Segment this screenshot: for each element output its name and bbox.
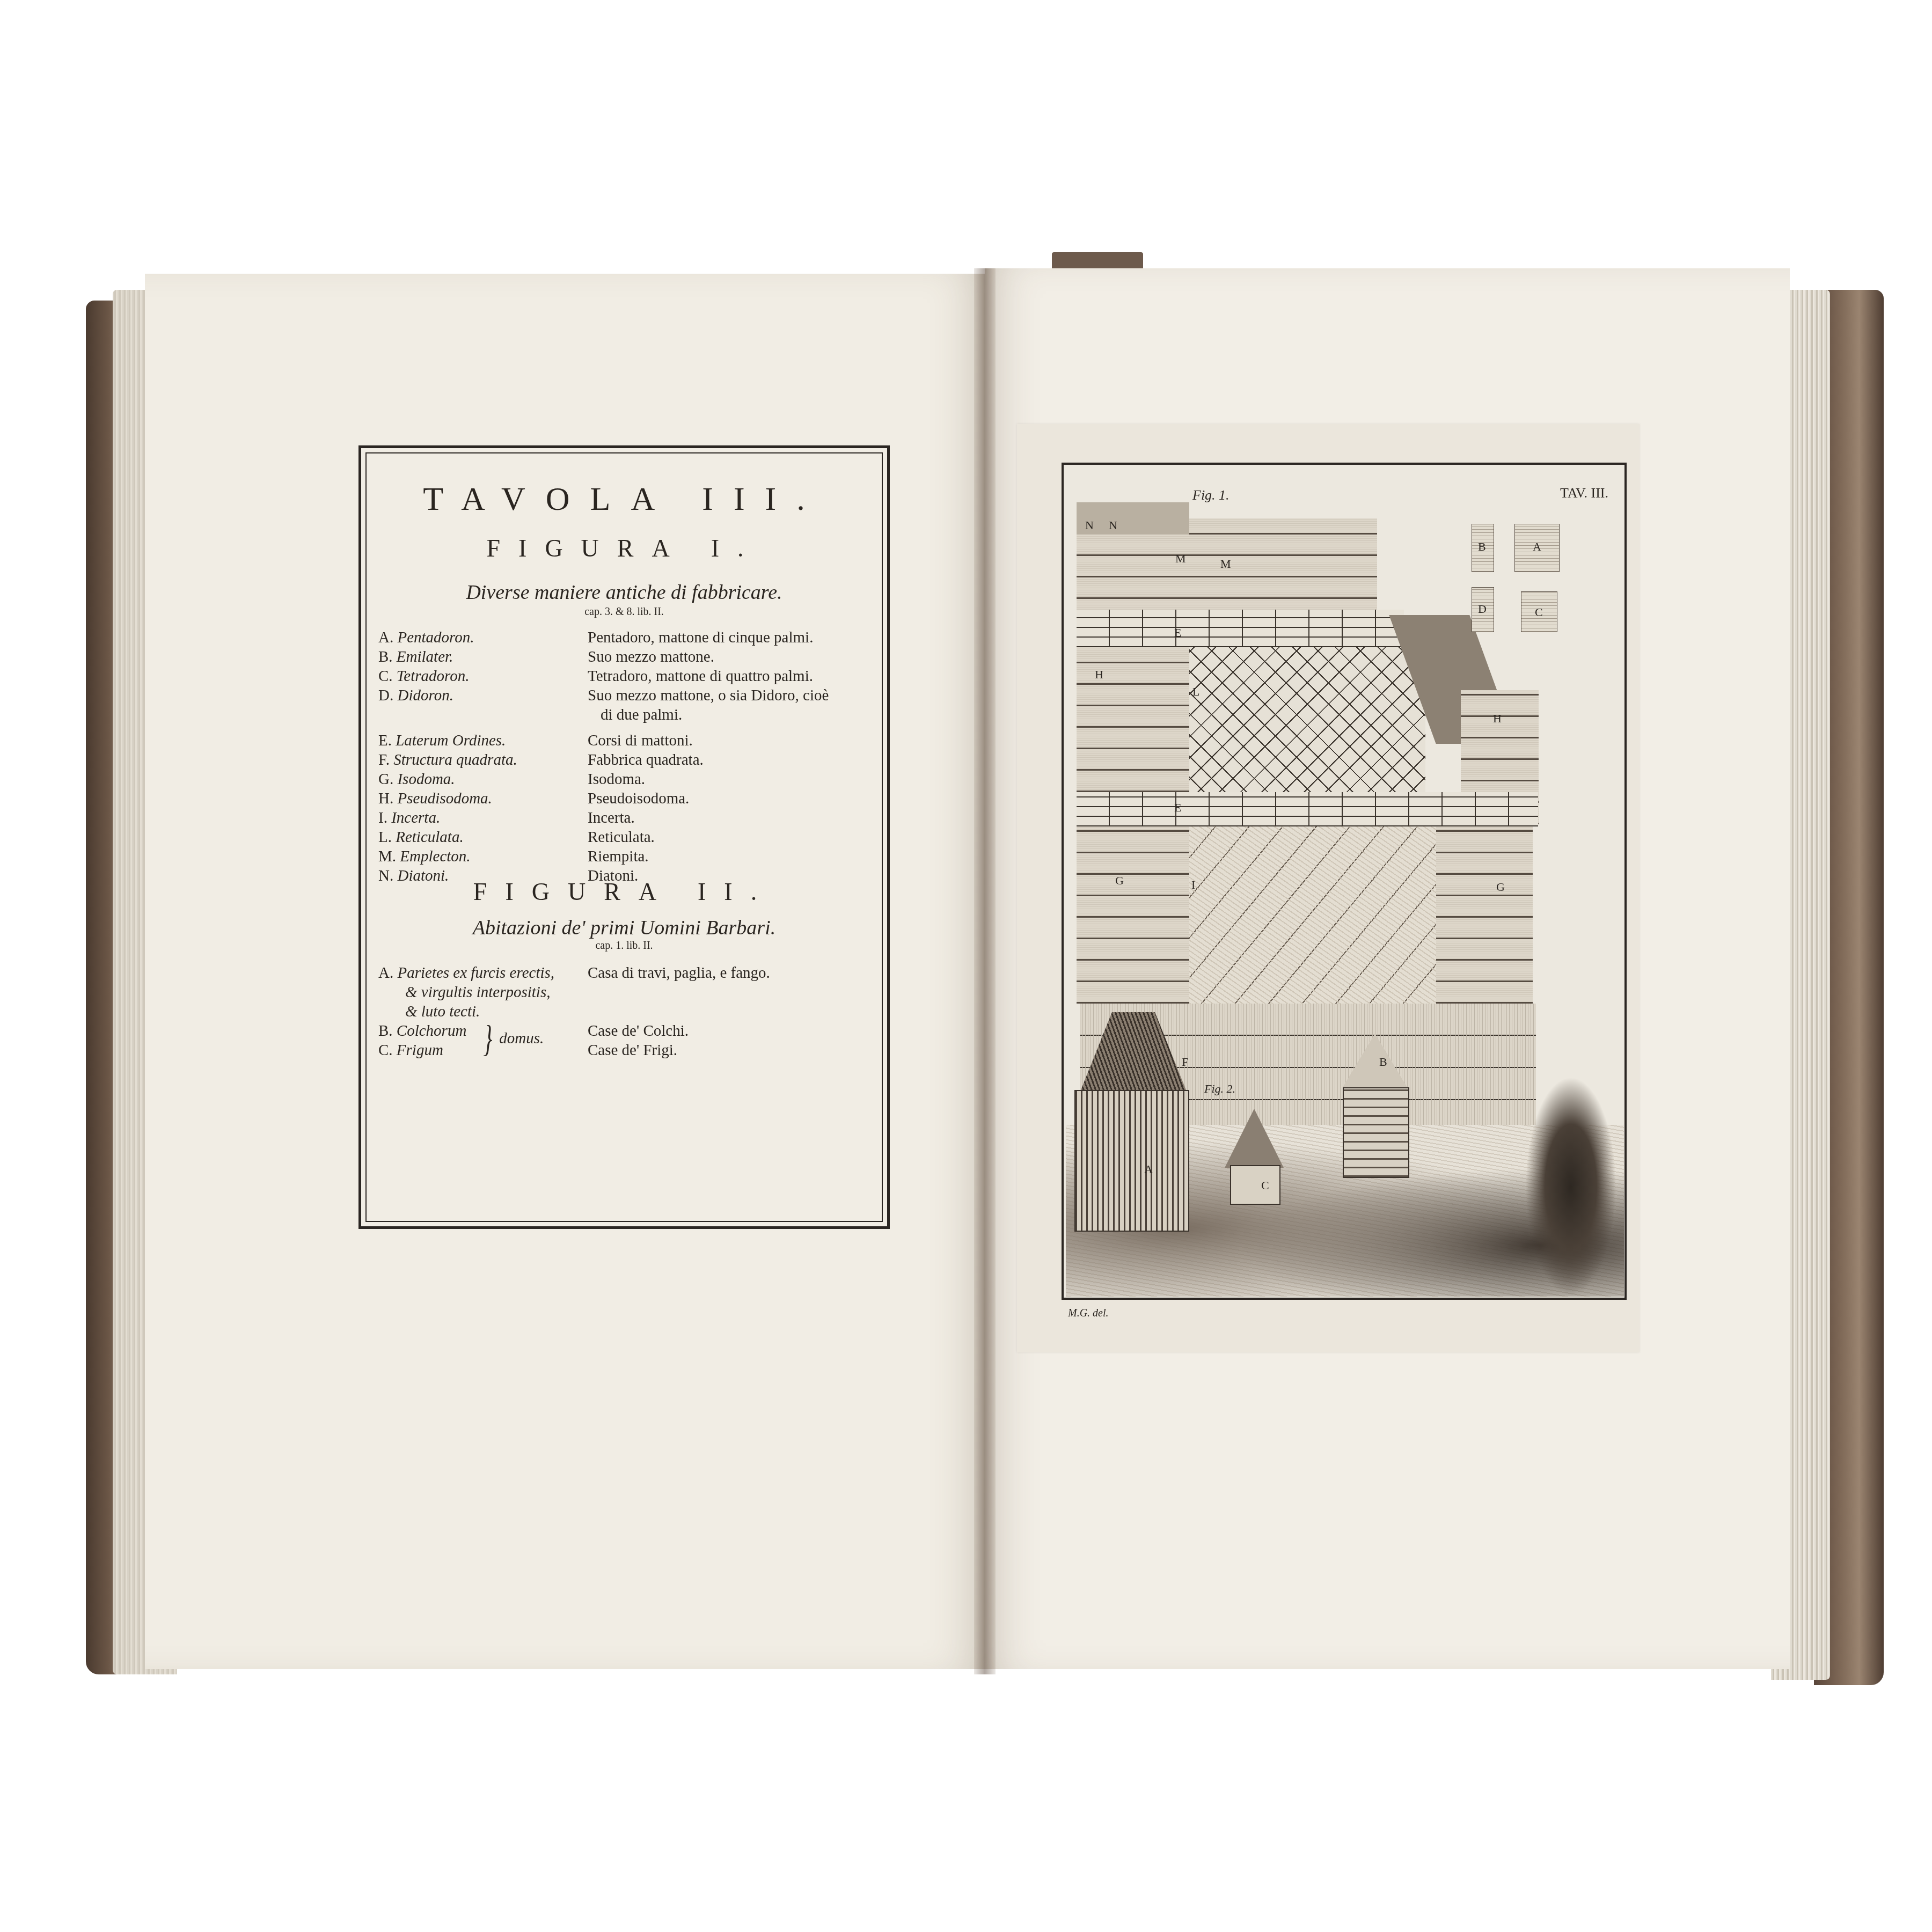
legend-italian-continued: di due palmi. [588,705,876,724]
letter-c: C [1535,605,1543,619]
legend-italian: Casa di travi, paglia, e fango. [588,963,876,983]
legend-italian: Corsi di mattoni. [588,731,876,750]
legend-key: C. [378,1042,393,1059]
legend-key: M. [378,848,396,865]
hut-b-roof [1343,1034,1407,1087]
letter-b: B [1478,540,1486,554]
legend-row-f: F. Structura quadrata. Fabbrica quadrata… [378,750,876,770]
legend-key: A. [378,964,393,982]
legend-latin: Tetradoron. [397,668,470,685]
legend-latin: Pseudisodoma. [397,790,492,807]
tree-right [1525,1077,1616,1297]
hut-b [1343,1087,1409,1178]
legend-latin: Didoron. [397,687,453,704]
legend-row-i: I. Incerta. Incerta. [378,808,876,828]
spine-gutter [974,268,996,1674]
figure-1-legend: A. Pentadoron. Pentadoro, mattone di cin… [378,628,876,885]
letter-a: A [1533,540,1541,554]
hut-a [1074,1090,1189,1232]
figure-2-legend: A. Parietes ex furcis erectis, Casa di t… [378,963,876,1060]
legend-row-d: D. Didoron. Suo mezzo mattone, o sia Did… [378,686,876,705]
legend-row-l: L. Reticulata. Reticulata. [378,828,876,847]
legend-row-e: E. Laterum Ordines. Corsi di mattoni. [378,731,876,750]
legend-italian: Case de' Frigi. [588,1041,876,1060]
brick-courses-lower [1077,792,1538,826]
legend-latin: Colchorum [397,1022,467,1040]
brace-label: domus. [499,1030,544,1047]
legend-italian: Incerta. [588,808,876,828]
legend-latin: Emilater. [397,648,453,665]
legend-italian: Isodoma. [588,770,876,789]
isodoma-left [1077,826,1189,1004]
legend-row-a-continued-1: & virgultis interpositis, [378,983,876,1002]
fig-1-label: Fig. 1. [1192,487,1230,503]
legend-key: L. [378,829,392,846]
letter-a: A [1144,1162,1153,1176]
legend-row-m: M. Emplecton. Riempita. [378,847,876,866]
letter-g: G [1115,874,1124,888]
legend-key: G. [378,771,393,788]
legend-row-a: A. Pentadoron. Pentadoro, mattone di cin… [378,628,876,647]
legend-row-c: C. Frigum Case de' Frigi. [378,1041,876,1060]
brick-courses-upper [1077,610,1404,647]
legend-row-g: G. Isodoma. Isodoma. [378,770,876,789]
legend-key: B. [378,1022,393,1040]
letter-h: H [1493,712,1502,726]
text-frame-inner-rule: TAVOLA III. FIGURA I. Diverse maniere an… [365,452,883,1222]
legend-italian: Case de' Colchi. [588,1021,876,1041]
letter-e: E [1174,801,1181,815]
legend-latin: Isodoma. [397,771,455,788]
legend-row-a: A. Parietes ex furcis erectis, Casa di t… [378,963,876,983]
plate-title: TAVOLA III. [367,480,882,518]
legend-key: A. [378,629,393,646]
legend-row-c: C. Tetradoron. Tetradoro, mattone di qua… [378,667,876,686]
plate-number: TAV. III. [1560,485,1608,501]
hut-c [1230,1165,1280,1205]
legend-row-b: B. Colchorum Case de' Colchi. [378,1021,876,1041]
letter-m: M [1175,552,1186,566]
legend-italian: Suo mezzo mattone, o sia Didoro, cioè [588,686,876,705]
letter-b: B [1379,1055,1387,1069]
letter-m: M [1220,557,1231,571]
legend-key: H. [378,790,393,807]
legend-latin: Frigum [397,1042,443,1059]
letter-d: D [1478,602,1487,616]
legend-italian: Riempita. [588,847,876,866]
legend-latin: Structura quadrata. [393,751,517,769]
text-frame: TAVOLA III. FIGURA I. Diverse maniere an… [358,445,890,1229]
pseudisodoma-left [1077,647,1189,792]
letter-g: G [1496,880,1505,894]
legend-row-b: B. Emilater. Suo mezzo mattone. [378,647,876,667]
letter-h: H [1095,668,1103,682]
letter-n: N [1085,518,1094,532]
legend-italian: Pseudoisodoma. [588,789,876,808]
legend-key: C. [378,668,393,685]
legend-latin: Reticulata. [396,829,463,846]
incerta-wall [1189,826,1436,1004]
figure-1-reference: cap. 3. & 8. lib. II. [367,606,882,618]
legend-latin: Incerta. [391,809,440,826]
hut-c-cone [1225,1109,1284,1168]
legend-row-a-continued-2: & luto tecti. [378,1002,876,1021]
legend-key: I. [378,809,387,826]
letter-e: E [1174,626,1181,640]
legend-italian: Pentadoro, mattone di cinque palmi. [588,628,876,647]
legend-key: B. [378,648,393,665]
legend-row-h: H. Pseudisodoma. Pseudoisodoma. [378,789,876,808]
figure-1-heading: FIGURA I. [367,534,882,562]
fig-2-label: Fig. 2. [1204,1082,1235,1096]
isodoma-right [1436,826,1533,1004]
legend-latin: Laterum Ordines. [396,732,506,749]
letter-n: N [1109,518,1117,532]
legend-key: D. [378,687,393,704]
brace-annotation: } domus. [480,1023,544,1056]
letter-c: C [1261,1179,1269,1192]
figure-2-reference: cap. 1. lib. II. [367,940,882,952]
legend-latin: Emplecton. [400,848,470,865]
legend-latin: Parietes ex furcis erectis, [397,964,554,982]
legend-italian: Suo mezzo mattone. [588,647,876,667]
legend-brace-group: B. Colchorum Case de' Colchi. C. Frigum … [378,1021,876,1060]
figure-2-heading: FIGURA II. [367,877,882,906]
legend-latin-continued: & luto tecti. [378,1002,614,1021]
legend-key: E. [378,732,392,749]
letter-l: L [1192,685,1199,699]
letter-i: I [1191,878,1195,892]
curly-brace-icon: } [484,1023,493,1056]
legend-italian: Tetradoro, mattone di quattro palmi. [588,667,876,686]
legend-latin-continued: & virgultis interpositis, [378,983,614,1002]
engraver-credit: M.G. del. [1068,1307,1109,1320]
legend-italian: Reticulata. [588,828,876,847]
letter-f: F [1182,1055,1188,1069]
figure-2-subtitle: Abitazioni de' primi Uomini Barbari. [367,916,882,940]
legend-row-d-continued: di due palmi. [378,705,876,724]
figure-1-subtitle: Diverse maniere antiche di fabbricare. [367,581,882,604]
legend-italian: Fabbrica quadrata. [588,750,876,770]
legend-latin: Pentadoron. [397,629,474,646]
legend-key: F. [378,751,390,769]
engraved-plate: Fig. 1. TAV. III. N N M M B A D C E H L … [1062,463,1627,1300]
